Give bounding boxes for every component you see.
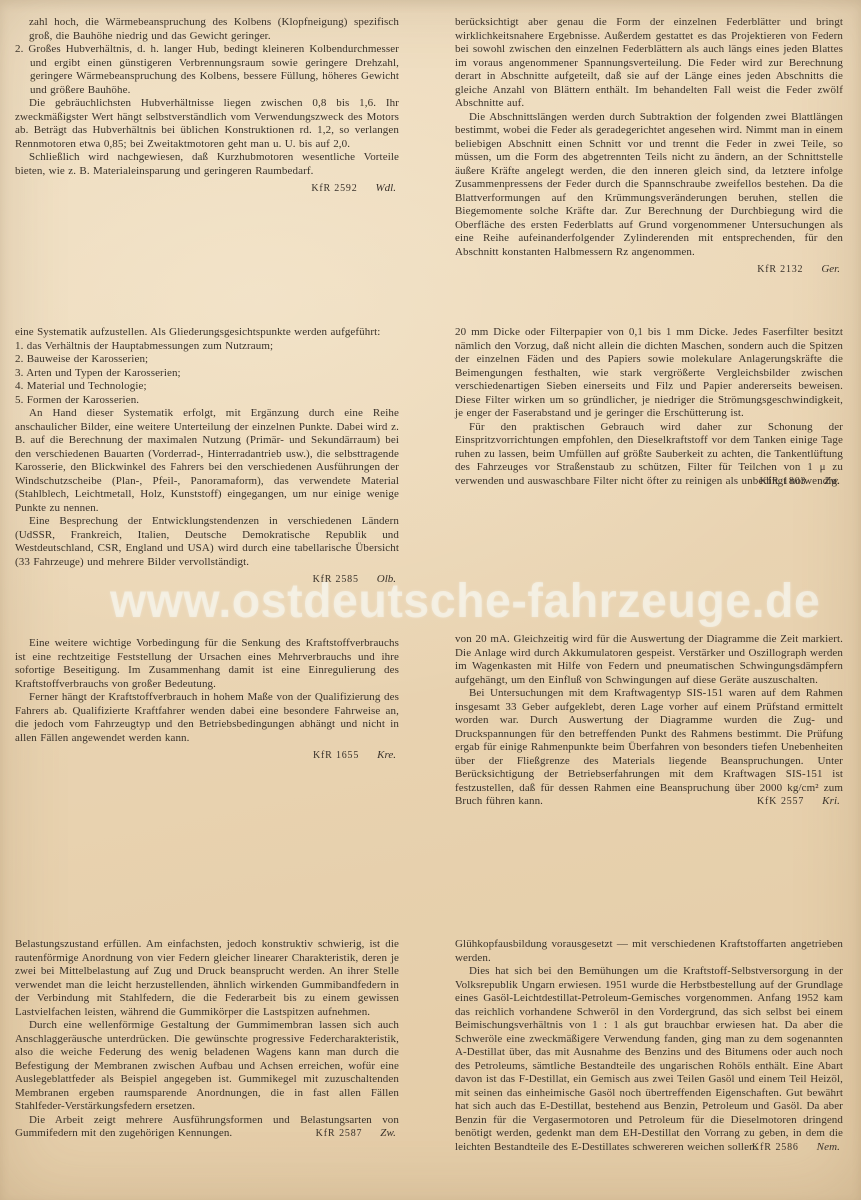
paragraph: An Hand dieser Systematik erfolgt, mit E… [15, 407, 399, 515]
numbered-item: 2. Großes Hubverhältnis, d. h. langer Hu… [15, 43, 399, 97]
paragraph: Die Abschnittslängen werden durch Subtra… [455, 111, 843, 260]
signature: KfR 2592Wdl. [15, 178, 399, 196]
author-abbreviation: Ger. [821, 263, 840, 275]
list-item: 3. Arten und Typen der Karosserien; [15, 367, 399, 381]
reference-number: KfK 2557 [757, 796, 804, 807]
author-abbreviation: Nem. [817, 1141, 840, 1153]
left-column: zahl hoch, die Wärmebeanspruchung des Ko… [15, 0, 399, 1200]
paragraph: Die gebräuchlichsten Hubverhältnisse lie… [15, 97, 399, 151]
paragraph: Bei Untersuchungen mit dem Kraftwagentyp… [455, 687, 843, 809]
list-item: 5. Formen der Karosserien. [15, 394, 399, 408]
paragraph: Ferner hängt der Kraftstoffverbrauch in … [15, 691, 399, 745]
paragraph-text: Bei Untersuchungen mit dem Kraftwagentyp… [455, 687, 843, 807]
paragraph: Durch eine wellenförmige Gestaltung der … [15, 1019, 399, 1114]
reference-number: KfR 2586 [752, 1142, 799, 1153]
signature: KfR 1655Kre. [15, 745, 399, 763]
reference-number: KfR 1655 [313, 750, 359, 761]
paragraph: berücksichtigt aber genau die Form der e… [455, 16, 843, 111]
signature: KfR 1803Zw. [746, 475, 840, 489]
paragraph: Schließlich wird nachgewiesen, daß Kurzh… [15, 151, 399, 178]
scanned-journal-page: zahl hoch, die Wärmebeanspruchung des Ko… [0, 0, 861, 1200]
paragraph: 20 mm Dicke oder Filterpapier von 0,1 bi… [455, 326, 843, 421]
abstract-block-left-2: eine Systematik aufzustellen. Als Gliede… [15, 326, 399, 587]
author-abbreviation: Olb. [377, 573, 396, 585]
paragraph: Eine weitere wichtige Vorbedingung für d… [15, 637, 399, 691]
paragraph-text: Dies hat sich bei den Bemühungen um die … [455, 965, 843, 1153]
signature: KfK 2557Kri. [743, 795, 840, 809]
list-item: 2. Bauweise der Karosserien; [15, 353, 399, 367]
paragraph: Belastungszustand erfüllen. Am einfachst… [15, 938, 399, 1019]
author-abbreviation: Zw. [824, 475, 840, 487]
signature: KfR 2132Ger. [455, 259, 843, 277]
reference-number: KfR 2587 [316, 1128, 363, 1139]
abstract-block-right-2: 20 mm Dicke oder Filterpapier von 0,1 bi… [455, 326, 843, 488]
reference-number: KfR 2132 [757, 264, 803, 275]
author-abbreviation: Wdl. [376, 182, 396, 194]
abstract-block-right-4: Glühkopfausbildung vorausgesetzt — mit v… [455, 938, 843, 1154]
abstract-block-left-1: zahl hoch, die Wärmebeanspruchung des Ko… [15, 16, 399, 196]
paragraph: zahl hoch, die Wärmebeanspruchung des Ko… [15, 16, 399, 43]
paragraph: von 20 mA. Gleichzeitig wird für die Aus… [455, 633, 843, 687]
paragraph: Dies hat sich bei den Bemühungen um die … [455, 965, 843, 1154]
paragraph: eine Systematik aufzustellen. Als Gliede… [15, 326, 399, 340]
author-abbreviation: Zw. [380, 1127, 396, 1139]
author-abbreviation: Kri. [822, 795, 840, 807]
signature: KfR 2586Nem. [738, 1141, 840, 1155]
author-abbreviation: Kre. [377, 749, 396, 761]
signature: KfR 2587Zw. [302, 1127, 396, 1141]
paragraph: Für den praktischen Gebrauch wird daher … [455, 421, 843, 489]
signature: KfR 2585Olb. [15, 569, 399, 587]
abstract-block-left-3: Eine weitere wichtige Vorbedingung für d… [15, 637, 399, 763]
abstract-block-right-1: berücksichtigt aber genau die Form der e… [455, 16, 843, 277]
paragraph: Eine Besprechung der Entwicklungstendenz… [15, 515, 399, 569]
paragraph: Glühkopfausbildung vorausgesetzt — mit v… [455, 938, 843, 965]
reference-number: KfR 1803 [760, 476, 807, 487]
reference-number: KfR 2592 [311, 183, 357, 194]
abstract-block-left-4: Belastungszustand erfüllen. Am einfachst… [15, 938, 399, 1141]
abstract-block-right-3: von 20 mA. Gleichzeitig wird für die Aus… [455, 633, 843, 809]
paragraph: Die Arbeit zeigt mehrere Ausführungsform… [15, 1114, 399, 1141]
list-item: 1. das Verhältnis der Hauptabmessungen z… [15, 340, 399, 354]
right-column: berücksichtigt aber genau die Form der e… [455, 0, 843, 1200]
reference-number: KfR 2585 [313, 574, 359, 585]
list-item: 4. Material und Technologie; [15, 380, 399, 394]
